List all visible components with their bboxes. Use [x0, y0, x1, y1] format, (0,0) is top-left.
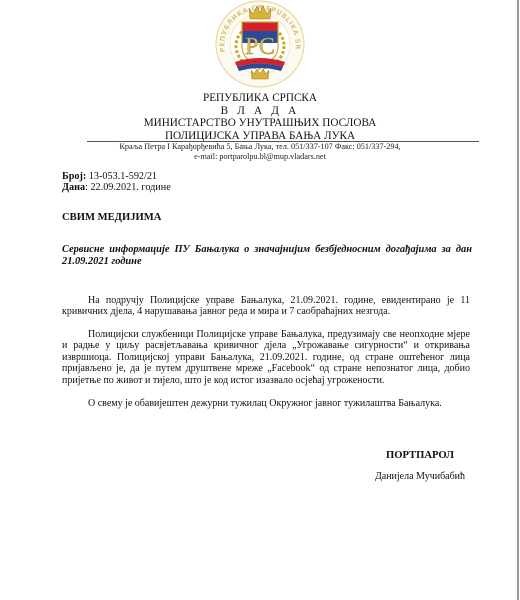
recipient: СВИМ МЕДИЈИМА	[62, 212, 161, 223]
page-edge	[517, 0, 519, 600]
coat-of-arms-icon: РЕПУБЛИКА СРПСКА REPUBLIKA SRPSKA РС	[205, 0, 315, 88]
email-line[interactable]: e-mail: portparolpu.bl@mup.vladars.net	[0, 152, 520, 162]
paragraph-statistics: На подручју Полицијске управе Бањалука, …	[62, 295, 470, 318]
document-meta: Број: 13-053.1-592/21 Дана: 22.09.2021. …	[62, 171, 171, 193]
document-number: Број: 13-053.1-592/21	[62, 171, 171, 182]
document-date: Дана: 22.09.2021. године	[62, 182, 171, 193]
subject-heading: Сервисне информације ПУ Бањалука о знача…	[62, 244, 472, 268]
contact-address: Краља Петра I Карађорђевића 5, Бања Лука…	[0, 142, 520, 162]
header-ministry: МИНИСТАРСТВО УНУТРАШЊИХ ПОСЛОВА	[0, 117, 520, 130]
paragraph-prosecutor: О свему је обавијештен дежурни тужилац О…	[62, 398, 470, 409]
header-republic: РЕПУБЛИКА СРПСКА	[0, 92, 520, 105]
letterhead: РЕПУБЛИКА СРПСКА В Л А Д А МИНИСТАРСТВО …	[0, 92, 520, 142]
address-line: Краља Петра I Карађорђевића 5, Бања Лука…	[0, 142, 520, 152]
date-label: Дана	[62, 182, 85, 193]
paragraph-incident: Полицијски службеници Полицијске управе …	[62, 329, 470, 386]
document-page: РЕПУБЛИКА СРПСКА REPUBLIKA SRPSKA РС	[0, 0, 520, 600]
header-government: В Л А Д А	[0, 105, 520, 118]
number-label: Број:	[62, 171, 86, 182]
svg-text:РС: РС	[245, 34, 275, 60]
date-value: : 22.09.2021. године	[85, 182, 171, 193]
number-value: 13-053.1-592/21	[86, 171, 157, 182]
signature-name: Данијела Мучибабић	[320, 471, 520, 482]
signature-title: ПОРТПАРОЛ	[320, 450, 520, 461]
